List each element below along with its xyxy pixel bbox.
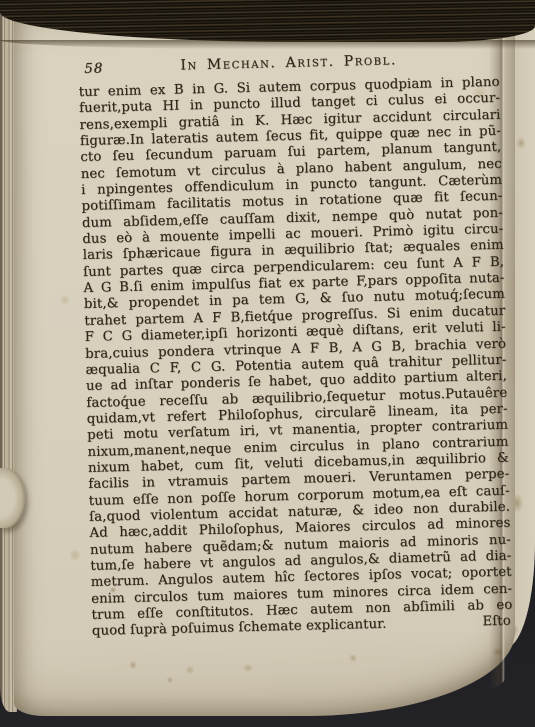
body-text: tur enim ex B in G. Si autem corpus quod… bbox=[79, 75, 513, 624]
page-number: 58 bbox=[84, 60, 104, 76]
catchword: Eſto bbox=[482, 614, 513, 631]
scanned-book-photo: 58 In Mechan. Arist. Probl. tur enim ex … bbox=[0, 0, 535, 727]
text-block: 58 In Mechan. Arist. Probl. tur enim ex … bbox=[78, 50, 513, 641]
running-header: In Mechan. Arist. Probl. bbox=[78, 50, 499, 76]
book-page: 58 In Mechan. Arist. Probl. tur enim ex … bbox=[14, 4, 515, 716]
